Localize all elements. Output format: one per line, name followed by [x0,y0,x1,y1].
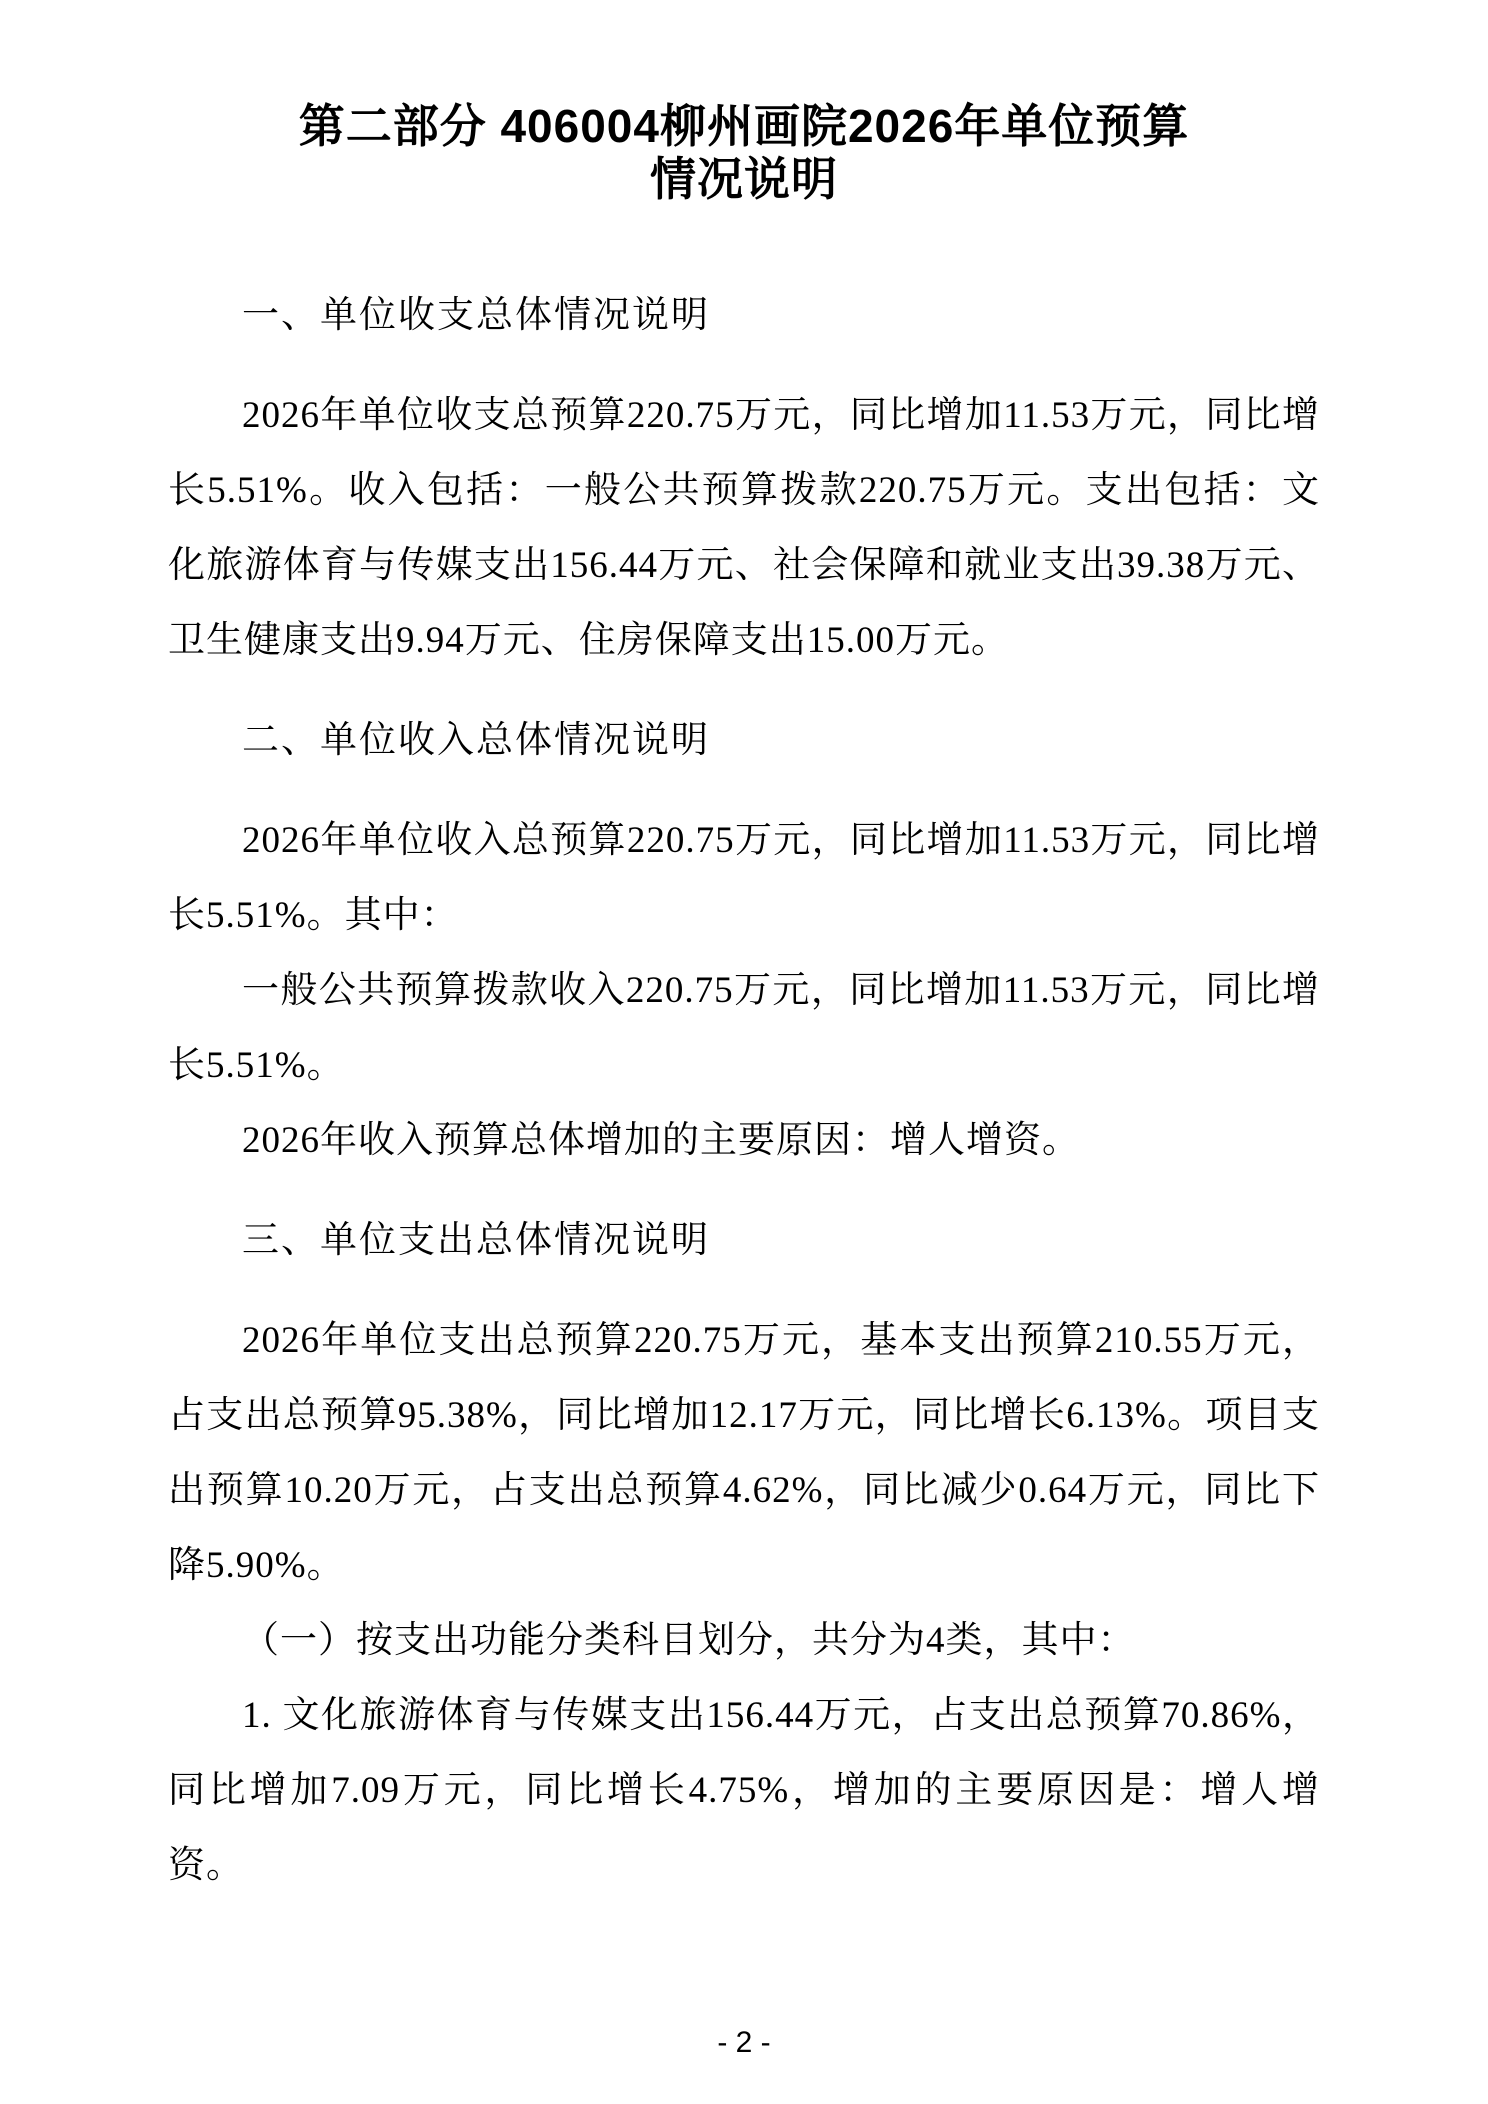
page-footer: - 2 - [0,2026,1488,2060]
document-title: 第二部分 406004柳州画院2026年单位预算 情况说明 [168,100,1320,206]
document-page: 第二部分 406004柳州画院2026年单位预算 情况说明 一、单位收支总体情况… [0,0,1488,2104]
section-heading-income-expense-overview: 一、单位收支总体情况说明 [168,278,1320,353]
paragraph-expense-classification-intro: （一）按支出功能分类科目划分，共分为4类，其中： [168,1603,1320,1678]
paragraph-expense-item-1: 1. 文化旅游体育与传媒支出156.44万元，占支出总预算70.86%，同比增加… [168,1678,1320,1903]
document-title-line-1: 第二部分 406004柳州画院2026年单位预算 [168,100,1320,153]
paragraph-income-public-budget: 一般公共预算拨款收入220.75万元，同比增加11.53万元，同比增长5.51%… [168,953,1320,1103]
paragraph-income-total: 2026年单位收入总预算220.75万元，同比增加11.53万元，同比增长5.5… [168,803,1320,953]
section-heading-expense-overview: 三、单位支出总体情况说明 [168,1203,1320,1278]
paragraph-expense-total: 2026年单位支出总预算220.75万元，基本支出预算210.55万元，占支出总… [168,1303,1320,1603]
page-number: - 2 - [717,2026,770,2059]
section-heading-income-overview: 二、单位收入总体情况说明 [168,703,1320,778]
paragraph-income-expense-overview: 2026年单位收支总预算220.75万元，同比增加11.53万元，同比增长5.5… [168,378,1320,678]
paragraph-income-increase-reason: 2026年收入预算总体增加的主要原因：增人增资。 [168,1103,1320,1178]
document-title-line-2: 情况说明 [168,153,1320,206]
